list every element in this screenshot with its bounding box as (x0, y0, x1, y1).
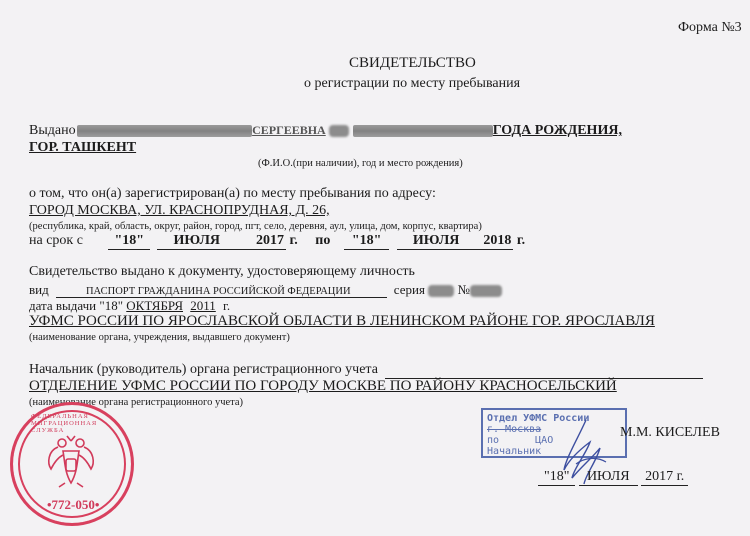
issue-year-suffix: г. (223, 298, 230, 313)
double-headed-eagle-icon (45, 433, 97, 489)
registration-address: ГОРОД МОСКВА, УЛ. КРАСНОПРУДНАЯ, Д. 26, (29, 203, 330, 219)
issued-to-line: Выдано СЕРГЕЕВНА ГОДА РОЖДЕНИЯ, (29, 123, 622, 139)
document-title: СВИДЕТЕЛЬСТВО (349, 55, 476, 72)
redacted-number (470, 285, 502, 297)
sign-month: ИЮЛЯ (579, 469, 638, 486)
type-value: ПАСПОРТ ГРАЖДАНИНА РОССИЙСКОЙ ФЕДЕРАЦИИ (56, 286, 387, 298)
to-year: 2018 (477, 233, 513, 250)
number-label: № (457, 282, 469, 297)
birthplace: ГОР. ТАШКЕНТ (29, 140, 136, 156)
sign-year: 2017 г. (641, 469, 688, 486)
round-stamp: ФЕДЕРАЛЬНАЯ МИГРАЦИОННАЯ СЛУЖБА •772-050… (10, 402, 134, 526)
identity-intro: Свидетельство выдано к документу, удосто… (29, 264, 415, 280)
stamp-number: •772-050• (47, 497, 99, 513)
head-line: Начальник (руководитель) органа регистра… (29, 362, 703, 379)
to-label: по (315, 233, 330, 248)
birth-tail: ГОДА РОЖДЕНИЯ, (493, 123, 622, 138)
name-caption: (Ф.И.О.(при наличии), год и место рожден… (258, 158, 463, 169)
signatory: М.М. КИСЕЛЕВ (620, 425, 720, 441)
from-month: ИЮЛЯ (157, 233, 244, 250)
sign-day: "18" (538, 469, 575, 486)
address-caption: (республика, край, область, округ, район… (29, 221, 482, 232)
redacted-series (428, 285, 454, 297)
head-label: Начальник (руководитель) органа регистра… (29, 362, 378, 377)
term-line: на срок с "18" ИЮЛЯ2017 г. по "18" ИЮЛЯ2… (29, 233, 525, 250)
registration-intro: о том, что он(а) зарегистрирован(а) по м… (29, 186, 436, 202)
to-year-suffix: г. (517, 233, 525, 248)
issued-to-label: Выдано (29, 123, 76, 138)
from-year-suffix: г. (289, 233, 297, 248)
issue-date-line: дата выдачи "18" ОКТЯБРЯ 2011 г. (29, 298, 230, 314)
issuer-caption: (наименование органа, учреждения, выдавш… (29, 332, 290, 343)
redacted-birth-date (353, 125, 493, 137)
identity-type-line: вид ПАСПОРТ ГРАЖДАНИНА РОССИЙСКОЙ ФЕДЕРА… (29, 282, 502, 298)
type-label: вид (29, 282, 49, 297)
issue-year: 2011 (190, 298, 216, 313)
form-number: Форма №3 (678, 20, 742, 36)
head-signature-line (385, 362, 703, 379)
document-subtitle: о регистрации по месту пребывания (304, 76, 520, 92)
issue-month: ОКТЯБРЯ (126, 298, 183, 313)
from-day: "18" (108, 233, 150, 250)
redacted-name (77, 125, 252, 137)
registration-office: ОТДЕЛЕНИЕ УФМС РОССИИ ПО ГОРОДУ МОСКВЕ П… (29, 378, 617, 395)
sign-date-line: "18" ИЮЛЯ 2017 г. (538, 469, 688, 486)
to-month: ИЮЛЯ (397, 233, 478, 250)
issuer: УФМС РОССИИ ПО ЯРОСЛАВСКОЙ ОБЛАСТИ В ЛЕН… (29, 313, 655, 330)
series-label: серия (394, 282, 425, 297)
issue-day: "18" (99, 298, 123, 313)
to-day: "18" (344, 233, 390, 250)
from-year: 2017 (244, 233, 286, 250)
stamp-ring-text: ФЕДЕРАЛЬНАЯ МИГРАЦИОННАЯ СЛУЖБА (31, 413, 131, 434)
redacted-block (329, 125, 349, 137)
name-fragment: СЕРГЕЕВНА (252, 123, 326, 137)
term-label: на срок с (29, 233, 83, 248)
issue-date-label: дата выдачи (29, 298, 96, 313)
